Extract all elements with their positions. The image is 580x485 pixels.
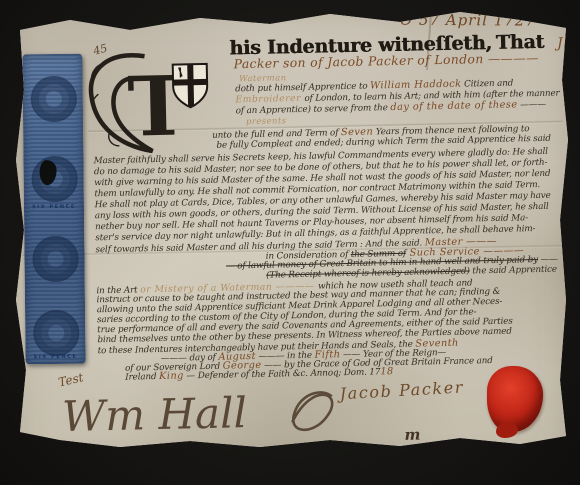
faded-handwritten-text: Embroiderer <box>235 93 304 105</box>
handwritten-text: Seven <box>341 126 374 138</box>
printed-text: Citizen and <box>461 79 513 90</box>
printed-text: ——— <box>517 100 546 111</box>
witness-signature-text: Wm Hall <box>62 388 248 441</box>
printed-text: Ireland <box>125 372 159 383</box>
date-annotation: O 57 April 1727 — <box>400 11 558 30</box>
document-line: Waterman <box>239 73 287 83</box>
witness-signature: Wm Hall <box>55 371 367 459</box>
indenture-document: SIX PENCE SIX PENCE O 57 April 1727 — 45… <box>0 0 580 485</box>
apprentice-name-handwritten: Jacob <box>557 35 580 52</box>
handwritten-text: 18 <box>380 366 394 377</box>
photo-background: SIX PENCE SIX PENCE O 57 April 1727 — 45… <box>0 0 580 485</box>
faded-handwritten-text: Waterman <box>239 72 287 83</box>
handwritten-text: William Haddock <box>370 79 462 92</box>
handwritten-text: King <box>159 370 184 382</box>
document-line: presents <box>246 116 287 126</box>
printed-text: the said Apprentice <box>470 265 557 277</box>
handwritten-text: day of the date of these <box>390 99 517 113</box>
printed-text: —— <box>538 255 558 265</box>
decorated-initial-icon: T <box>82 47 236 158</box>
printed-text: of an Apprentice) to serve from the <box>236 103 391 116</box>
faded-handwritten-text: presents <box>246 115 287 126</box>
signature-flourish <box>292 392 333 430</box>
flourish-mark: m <box>404 426 420 444</box>
